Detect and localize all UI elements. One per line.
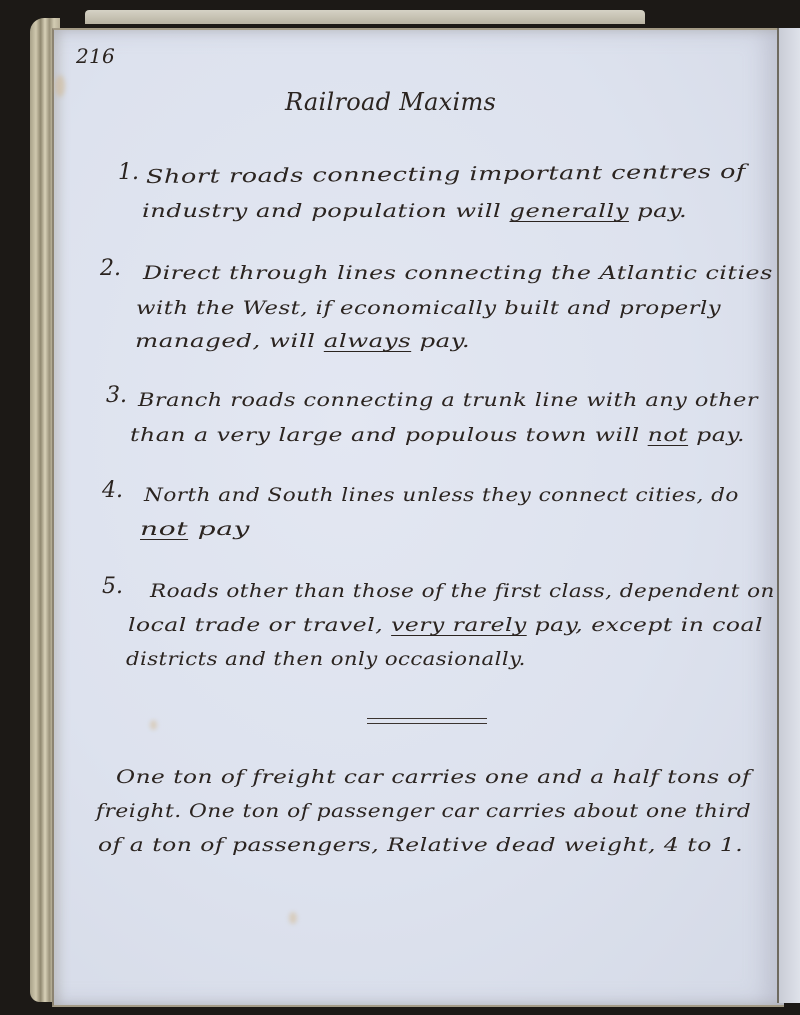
foxing-stain: [55, 75, 65, 97]
note-line-3: of a ton of passengers, Relative dead we…: [98, 834, 743, 856]
manuscript-scan: 216 Railroad Maxims 1. Short roads conne…: [0, 0, 800, 1015]
maxim-3-line-2: than a very large and populous town will…: [130, 424, 745, 446]
maxim-2-line-3: managed, will always pay.: [135, 330, 470, 352]
emphasis-underline: not: [648, 424, 688, 446]
facing-page-edge: [779, 28, 800, 1003]
maxim-number: 5.: [102, 574, 123, 599]
maxim-2-line-1: Direct through lines connecting the Atla…: [143, 262, 773, 284]
foxing-stain: [150, 720, 157, 730]
maxim-5-line-1: Roads other than those of the first clas…: [150, 580, 775, 602]
emphasis-underline: always: [324, 330, 411, 352]
maxim-4-line-2: not pay: [140, 518, 250, 540]
maxim-3-line-1: Branch roads connecting a trunk line wit…: [138, 389, 758, 411]
page-top-edge: [85, 10, 645, 24]
maxim-4-line-1: North and South lines unless they connec…: [144, 484, 739, 506]
maxim-1-line-2: industry and population will generally p…: [142, 200, 687, 222]
section-divider: [367, 718, 487, 724]
maxim-2-line-2: with the West, if economically built and…: [136, 297, 721, 319]
maxim-number: 3.: [106, 383, 127, 408]
note-line-2: freight. One ton of passenger car carrie…: [96, 800, 751, 822]
emphasis-underline: not: [140, 518, 188, 540]
maxim-number: 4.: [102, 478, 123, 503]
note-line-1: One ton of freight car carries one and a…: [116, 766, 751, 788]
maxim-number: 1.: [118, 160, 139, 185]
page-title: Railroad Maxims: [285, 88, 496, 116]
page-number: 216: [76, 44, 115, 68]
maxim-5-line-3: districts and then only occasionally.: [126, 648, 526, 670]
maxim-number: 2.: [100, 256, 121, 281]
emphasis-underline: very rarely: [391, 614, 527, 636]
maxim-5-line-2: local trade or travel, very rarely pay, …: [128, 614, 763, 636]
emphasis-underline: generally: [509, 200, 628, 222]
foxing-stain: [289, 912, 297, 924]
